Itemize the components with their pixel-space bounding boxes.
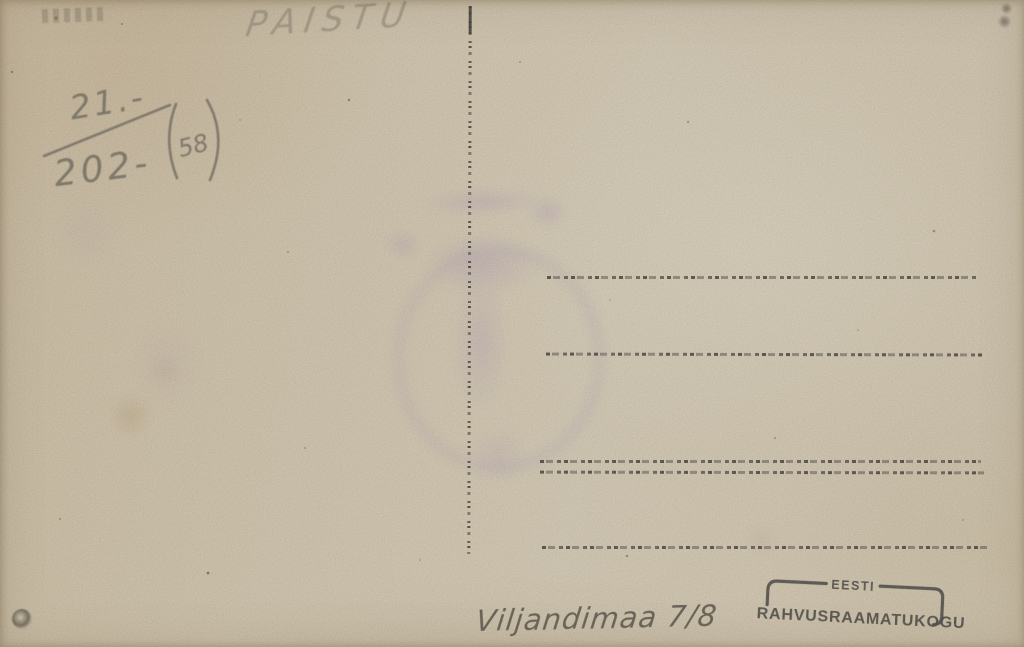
address-line: [540, 460, 981, 463]
circle-right-paren: [207, 100, 218, 180]
crest-bleed-wings: [397, 181, 568, 223]
address-line: [546, 353, 982, 357]
crest-bleed-fan: [405, 222, 560, 307]
library-stamp-country: EESTI: [827, 578, 880, 595]
pin-mark: [998, 15, 1011, 28]
crest-bleed-faint-left: [120, 300, 215, 430]
inventory-denominator: 202-: [52, 143, 154, 196]
address-line: [542, 546, 987, 549]
handwritten-inventory-fraction: 21.- 202- 58: [26, 76, 238, 210]
address-line: [540, 471, 984, 474]
address-line: [547, 276, 979, 279]
library-stamp: EESTI RAHVUSRAAMATUKOGU: [755, 573, 958, 647]
pin-mark: [1001, 3, 1012, 14]
stain-spot: [148, 356, 182, 386]
crest-bleed-column: [443, 250, 518, 435]
crest-bleed-left-mark: [378, 224, 428, 266]
handwritten-caption-note: Viljandimaa 7/8: [474, 598, 719, 638]
postcard-back: PAISTU 21.- 202- 58 Viljandimaa 7/8 EEST…: [0, 0, 1024, 647]
pencil-smudge: [42, 7, 106, 23]
pin-hole: [12, 609, 32, 629]
handwritten-place-note: PAISTU: [243, 0, 416, 45]
inventory-circled: 58: [175, 128, 211, 163]
crest-bleed-right-mark: [522, 190, 574, 234]
stain-spot: [108, 394, 154, 438]
crest-bleed-wreath: [394, 246, 604, 472]
divider-line: [467, 6, 471, 554]
stain-spot: [742, 525, 782, 555]
